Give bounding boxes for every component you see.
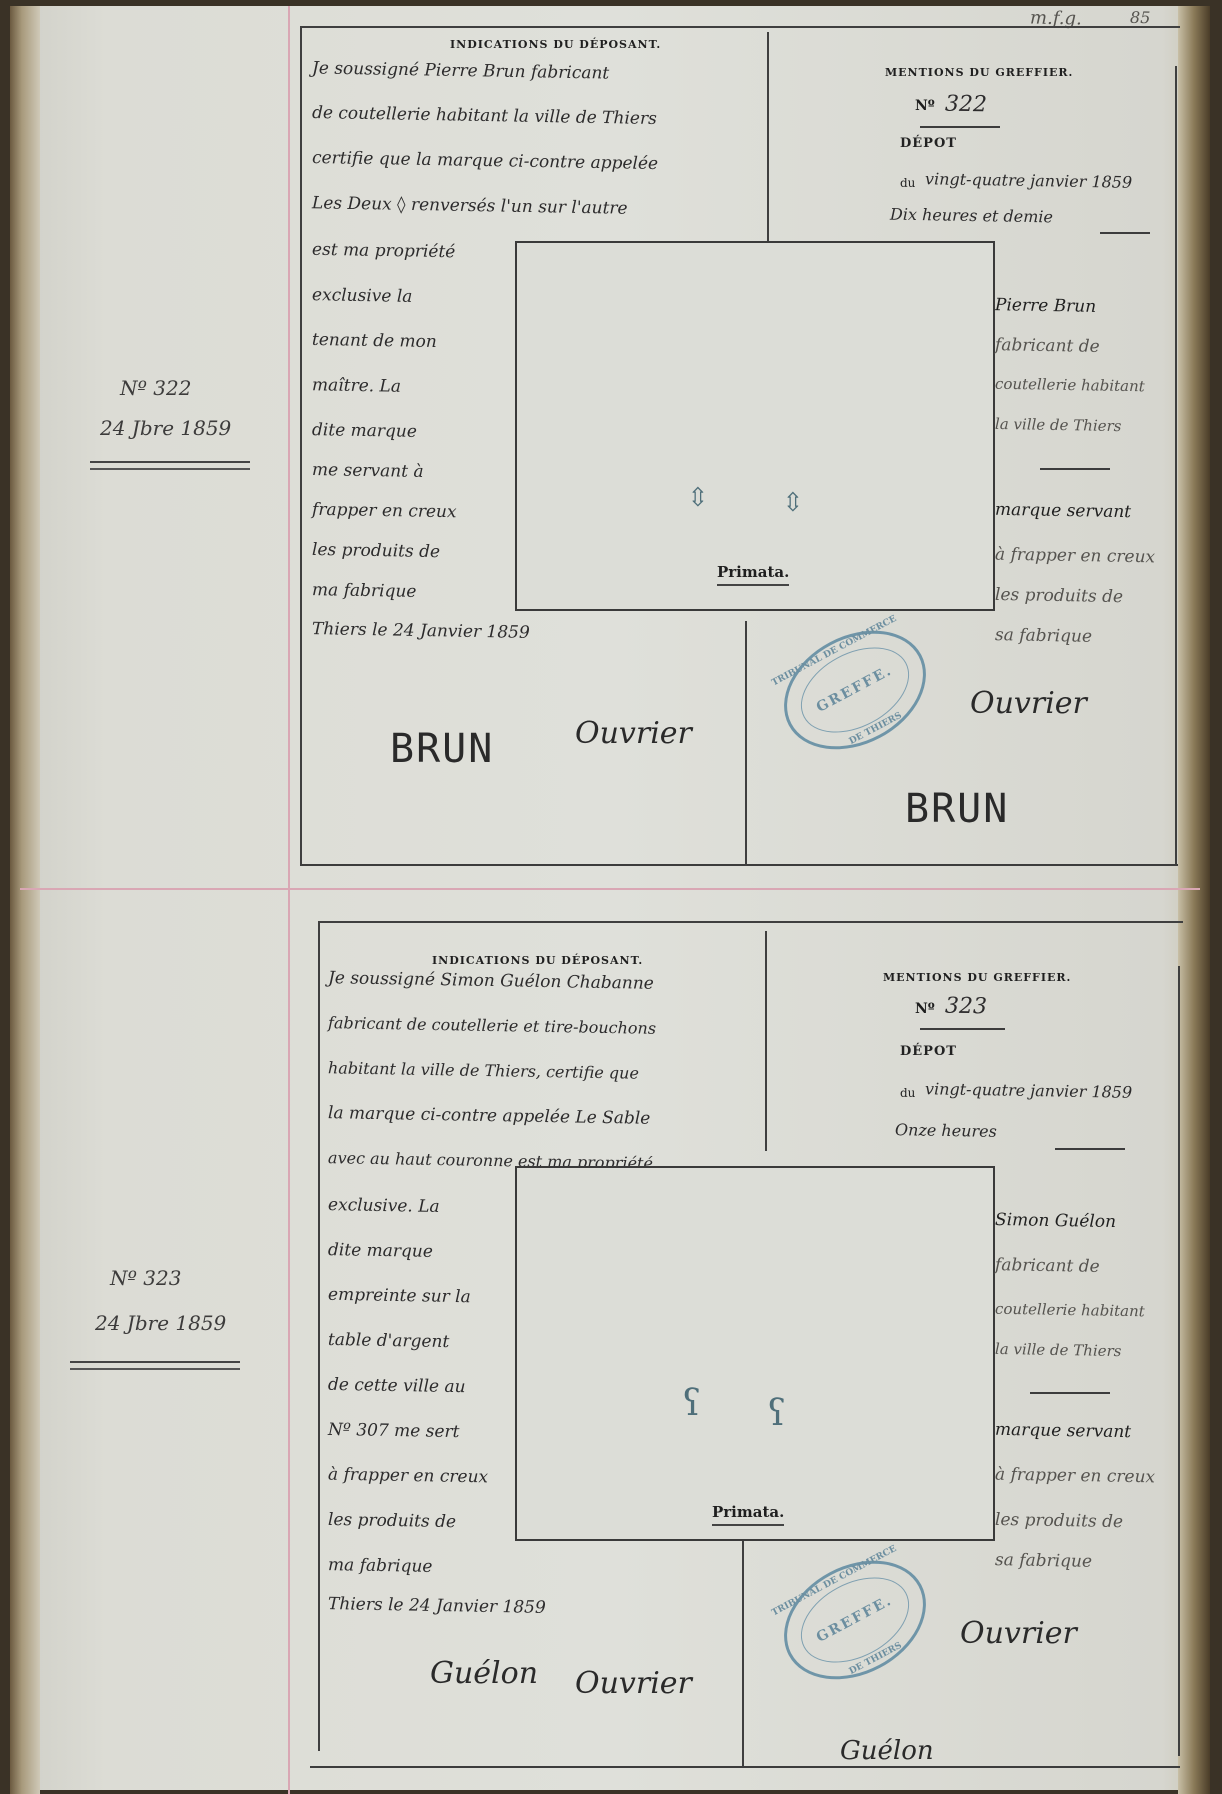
sabre-mark-icon: ʕ — [767, 1393, 786, 1434]
margin-underline — [90, 461, 250, 470]
depositor-signature: BRUN — [390, 726, 494, 772]
form-bottom — [310, 1766, 1180, 1768]
declaration-line: les produits de — [328, 1510, 456, 1532]
right-border — [1175, 66, 1177, 866]
margin-date: 24 Jbre 1859 — [95, 1311, 226, 1335]
greffier-signature: Ouvrier — [575, 1666, 692, 1701]
greffier-header: MENTIONS DU GREFFIER. — [883, 971, 1071, 984]
number-underline — [920, 1028, 1005, 1030]
margin-ref: Nº 323 — [110, 1266, 181, 1290]
greffier-signature-right: Ouvrier — [970, 686, 1087, 721]
declaration-line: ma fabrique — [312, 580, 417, 602]
deposit-number: 322 — [945, 92, 987, 118]
depot-time: Onze heures — [895, 1120, 997, 1141]
declaration-line: exclusive. La — [328, 1195, 440, 1217]
depot-label: DÉPOT — [900, 1044, 957, 1059]
number-label: Nº — [915, 1001, 935, 1017]
greffier-line: fabricant de — [995, 335, 1100, 357]
declaration-line: exclusive la — [312, 285, 413, 307]
crowned-sabre-mark-icon: ʕ — [682, 1383, 701, 1424]
number-label: Nº — [915, 98, 935, 114]
number-underline — [920, 126, 1000, 128]
greffier-line: fabricant de — [995, 1255, 1100, 1277]
mark-box: ʕ ʕ Primata. — [515, 1166, 995, 1541]
greffier-line: Pierre Brun — [995, 295, 1097, 317]
declaration-line: tenant de mon — [312, 330, 437, 352]
margin-underline — [70, 1361, 240, 1370]
separator — [1030, 1392, 1110, 1394]
greffier-line: les produits de — [995, 585, 1123, 607]
mark-caption: Primata. — [712, 1503, 784, 1526]
declaration-line: ma fabrique — [328, 1555, 433, 1577]
greffier-header: MENTIONS DU GREFFIER. — [885, 66, 1073, 79]
greffier-line: la ville de Thiers — [995, 415, 1122, 435]
book-spine — [10, 6, 40, 1794]
greffier-line: la ville de Thiers — [995, 1340, 1122, 1360]
declaration-line: dite marque — [312, 420, 417, 442]
margin-date: 24 Jbre 1859 — [100, 416, 231, 440]
greffier-line: coutellerie habitant — [995, 1300, 1145, 1321]
du-label: du — [900, 1086, 915, 1100]
mark-glyph-icon: ⇳ — [687, 483, 709, 513]
place-date: Thiers le 24 Janvier 1859 — [312, 619, 530, 643]
place-date: Thiers le 24 Janvier 1859 — [328, 1594, 546, 1618]
declaration-line: maître. La — [312, 375, 401, 397]
depot-label: DÉPOT — [900, 136, 957, 151]
depot-date: vingt-quatre janvier 1859 — [925, 1079, 1132, 1102]
margin-rule-horizontal — [20, 888, 1200, 890]
column-divider — [765, 931, 767, 1151]
greffier-signature-right: Ouvrier — [960, 1616, 1077, 1651]
declaration-line: les produits de — [312, 540, 440, 562]
greffier-signature: Ouvrier — [575, 716, 692, 751]
declaration-line: de cette ville au — [328, 1375, 466, 1397]
page-number: 85 — [1130, 8, 1151, 27]
greffier-line: les produits de — [995, 1510, 1123, 1532]
declaration-line: à frapper en creux — [328, 1465, 488, 1488]
depositor-header: INDICATIONS DU DÉPOSANT. — [450, 38, 661, 51]
depot-date: vingt-quatre janvier 1859 — [925, 169, 1132, 192]
depositor-header: INDICATIONS DU DÉPOSANT. — [432, 954, 643, 967]
time-rule — [1100, 232, 1150, 234]
declaration-line: dite marque — [328, 1240, 433, 1262]
declaration-line: table d'argent — [328, 1330, 450, 1352]
margin-ref: Nº 322 — [120, 376, 191, 400]
mark-glyph-icon: ⇳ — [782, 488, 804, 518]
greffier-line: Simon Guélon — [995, 1210, 1116, 1232]
depot-time: Dix heures et demie — [890, 205, 1053, 227]
right-border — [1178, 966, 1180, 1756]
greffier-line: sa fabrique — [995, 625, 1092, 647]
depositor-signature-right: Guélon — [840, 1736, 934, 1766]
deposit-number: 323 — [945, 994, 987, 1020]
margin-rule-vertical — [288, 6, 290, 1794]
declaration-line: Nº 307 me sert — [328, 1420, 460, 1442]
declaration-line: me servant à — [312, 460, 424, 482]
column-divider — [767, 32, 769, 242]
signature-divider — [745, 621, 747, 866]
signature-divider — [742, 1536, 744, 1766]
greffier-line: à frapper en creux — [995, 1465, 1155, 1488]
greffier-line: marque servant — [995, 500, 1131, 522]
greffier-line: marque servant — [995, 1420, 1131, 1442]
form-bottom — [300, 864, 1178, 866]
separator — [1040, 468, 1110, 470]
time-rule — [1055, 1148, 1125, 1150]
mark-caption: Primata. — [717, 563, 789, 586]
ledger-page: m.f.g. 85 Nº 322 24 Jbre 1859 INDICATION… — [10, 6, 1210, 1790]
declaration-line: frapper en creux — [312, 500, 457, 523]
greffier-line: à frapper en creux — [995, 545, 1155, 568]
depositor-signature: Guélon — [430, 1656, 538, 1691]
declaration-line: est ma propriété — [312, 240, 456, 262]
declaration-line: empreinte sur la — [328, 1285, 471, 1307]
greffier-line: coutellerie habitant — [995, 375, 1145, 396]
greffier-line: sa fabrique — [995, 1550, 1092, 1572]
depositor-signature-right: BRUN — [905, 786, 1009, 832]
du-label: du — [900, 176, 915, 190]
mark-box: ⇳ ⇳ Primata. — [515, 241, 995, 611]
